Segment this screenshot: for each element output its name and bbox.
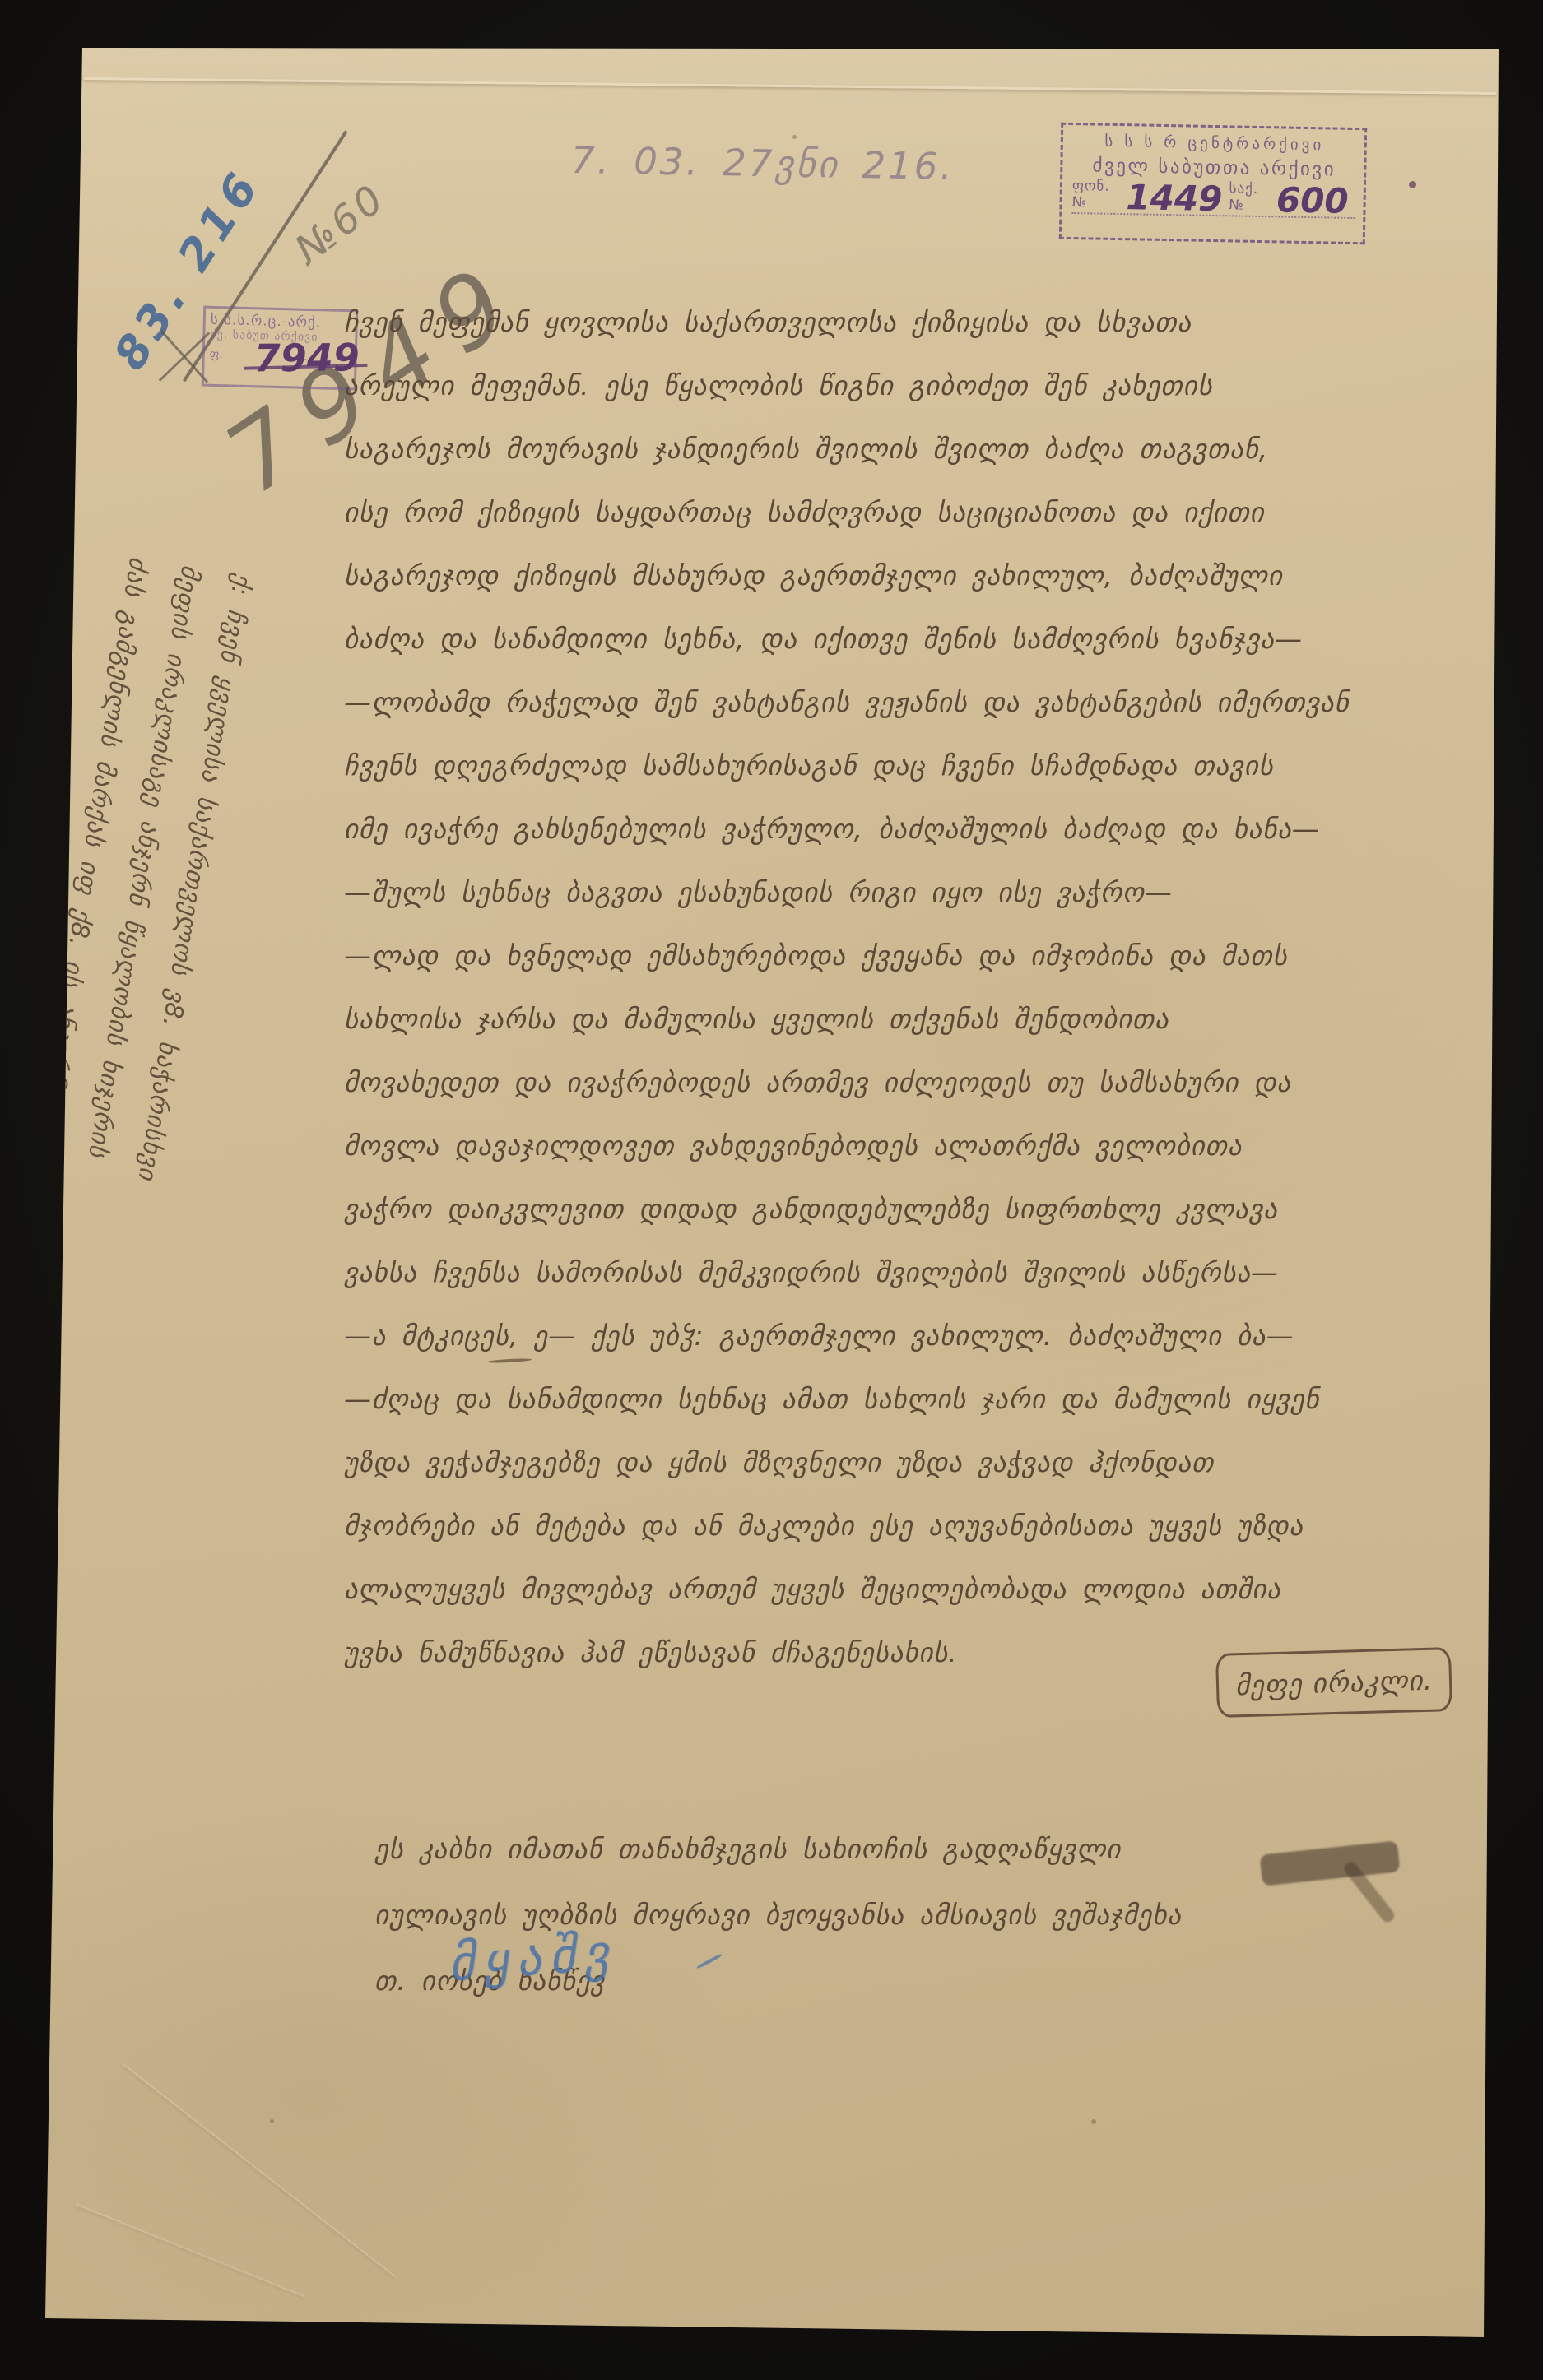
text-line: ისე რომ ქიზიყის საყდართაც სამძღვრად საცი… (344, 496, 1350, 559)
text-line: —ლობამდ რაჭელად შენ ვახტანგის ვეჟანის და… (344, 686, 1350, 749)
text-line: ჩვენს დღეგრძელად სამსახურისაგან დაც ჩვენ… (344, 749, 1350, 813)
main-text-block: ჩვენ მეფემან ყოვლისა საქართველოსა ქიზიყი… (344, 306, 1350, 1700)
text-line: ჩვენ მეფემან ყოვლისა საქართველოსა ქიზიყი… (344, 306, 1350, 369)
ink-smudge (1259, 1840, 1400, 1886)
fond-label: ფონ. № (1071, 178, 1120, 211)
f-label: ფ. (210, 348, 223, 361)
blue-signature: მყაშვ (447, 1923, 619, 1993)
text-line: საგარეჯოს მოურავის ჯანდიერის შვილის შვილ… (344, 433, 1350, 496)
purple-ink-dot (1409, 181, 1416, 188)
text-line: —ლად და ხვნელად ემსახურებოდა ქვეყანა და … (344, 939, 1350, 1003)
text-line: მოვლა დავაჯილდოვეთ ვახდევინებოდეს ალათრქ… (344, 1130, 1350, 1193)
small-archive-stamp: ს.ს.ს.რ.ც.-არქ. ძვ. საბუთ არქივი ფ. ს. 7… (202, 306, 359, 391)
archive-stamp-box: ს ს ს რ ცენტრარქივი ძველ საბუთთა არქივი … (1059, 123, 1367, 244)
date-annotation: 7. 03. 27ვნი 216. (571, 138, 955, 188)
paper-crease-bottom-left (123, 2063, 396, 2277)
paper-crease-bottom-left-2 (75, 2203, 304, 2297)
text-line: იმე ივაჭრე გახსენებულის ვაჭრულო, ბაძღაშუ… (344, 813, 1350, 876)
paper-crease-top (84, 77, 1496, 95)
margin-note: ქ: ჩვენ ყველისა საქართველოს ვ8. ხაჭარისხ… (0, 551, 257, 1429)
paper-speck (1091, 2119, 1096, 2124)
text-line: ბაძღა და სანამდილი სეხნა, და იქითვე შენი… (344, 623, 1350, 686)
text-line: მოვახედეთ და ივაჭრებოდეს ართმევ იძლეოდეს… (344, 1066, 1350, 1130)
text-line: სახლისა ჯარსა და მამულისა ყველის თქვენას… (344, 1003, 1350, 1066)
fond-number: 1449 (1126, 184, 1222, 214)
text-line: არეული მეფემან. ესე წყალობის წიგნი გიბოძ… (344, 369, 1350, 433)
case-number: 600 (1276, 187, 1349, 216)
king-signature-box: მეფე ირაკლი. (1215, 1647, 1452, 1718)
paper-speck (792, 135, 797, 139)
text-line: უვხა ნამუწნავია ჰამ ეწესავან ძჩაგენესახი… (344, 1636, 1350, 1700)
postscript-line: ეს კაბხი იმათან თანახმჯეგის სახიოჩის გად… (374, 1833, 1182, 1899)
text-line: უზდა ვეჭამჯეგებზე და ყმის მზღვნელი უზდა … (344, 1446, 1350, 1510)
archive-stamp-line2: ძველ საბუთთა არქივი (1072, 155, 1355, 181)
text-line: ვაჭრო დაიკვლევით დიდად განდიდებულებზე სი… (344, 1193, 1350, 1256)
paper-speck (270, 2119, 274, 2123)
text-line: —ა მტკიცეს, ე— ქეს უბჴ: გაერთმჯელი ვახილ… (344, 1320, 1350, 1383)
text-line: საგარეჯოდ ქიზიყის მსახურად გაერთმჯელი ვა… (344, 559, 1350, 623)
pencil-number-note: №60 (286, 174, 394, 273)
text-line: ვახსა ჩვენსა სამორისას მემკვიდრის შვილებ… (344, 1256, 1350, 1320)
photo-stage: 83. 216 №60 7949 7. 03. 27ვნი 216. ს ს ს… (0, 0, 1543, 2380)
archive-stamp-line1: ს ს ს რ ცენტრარქივი (1073, 132, 1356, 155)
document-paper: 83. 216 №60 7949 7. 03. 27ვნი 216. ს ს ს… (0, 0, 1543, 2380)
text-line: მჯობრები ან მეტება და ან მაკლები ესე აღუ… (344, 1510, 1350, 1573)
case-label: საქ. № (1229, 180, 1270, 214)
text-line: ალალუყვეს მივლებავ ართემ უყვეს შეცილებობ… (344, 1573, 1350, 1636)
text-line: —ძღაც და სანამდილი სეხნაც ამათ სახლის ჯა… (344, 1383, 1350, 1446)
archive-stamp-numbers-row: ფონ. № 1449 საქ. № 600 (1071, 178, 1355, 219)
text-line: —შულს სეხნაც ბაგვთა ესახუნადის რიგი იყო … (344, 876, 1350, 939)
